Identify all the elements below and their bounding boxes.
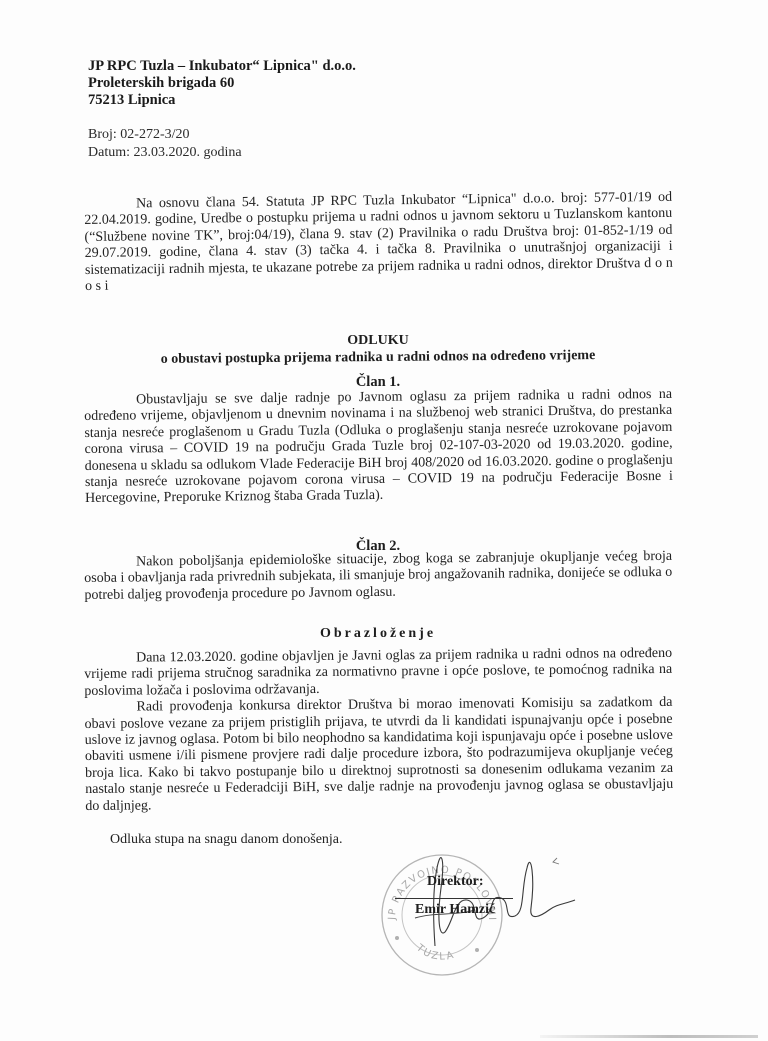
reference-number: Broj: 02-272-3/20	[88, 126, 242, 144]
signatory-name: Emir Hamzić	[415, 902, 495, 918]
reference-date: Datum: 23.03.2020. godina	[88, 144, 242, 162]
decision-subtitle: o obustavi postupka prijema radnika u ra…	[84, 347, 672, 368]
document-reference: Broj: 02-272-3/20 Datum: 23.03.2020. god…	[88, 126, 242, 162]
handwritten-signature-icon	[375, 828, 585, 958]
explanation-paragraph-1: Dana 12.03.2020. godine objavljen je Jav…	[84, 646, 672, 700]
scan-shadow-edge	[540, 1035, 758, 1038]
explanation-paragraph-2: Radi provođenja konkursa direktor Društv…	[84, 695, 673, 815]
organization-city: 75213 Lipnica	[88, 92, 356, 109]
article-2-body: Nakon poboljšanja epidemiološke situacij…	[84, 549, 672, 604]
explanation-heading: Obrazloženje	[84, 626, 672, 642]
intro-text: Na osnovu člana 54. Statuta JP RPC Tuzla…	[84, 190, 673, 296]
decision-title: ODLUKU	[84, 333, 672, 349]
letterhead: JP RPC Tuzla – Inkubator“ Lipnica" d.o.o…	[88, 58, 356, 109]
document-page: JP RPC Tuzla – Inkubator“ Lipnica" d.o.o…	[0, 0, 768, 1041]
organization-street: Proleterskih brigada 60	[88, 75, 356, 92]
signature-block: JP RAZVOJNO POSLOVNI CENTAR TUZLA Direkt…	[355, 850, 575, 980]
article-1-body: Obustavljaju se sve dalje radnje po Javn…	[84, 387, 673, 508]
explanation-body: Dana 12.03.2020. godine objavljen je Jav…	[84, 646, 673, 815]
legal-basis-paragraph: Na osnovu člana 54. Statuta JP RPC Tuzla…	[84, 190, 673, 296]
signature-line	[395, 898, 513, 899]
organization-name: JP RPC Tuzla – Inkubator“ Lipnica" d.o.o…	[88, 58, 356, 75]
article-1-text: Obustavljaju se sve dalje radnje po Javn…	[84, 387, 673, 508]
closing-statement: Odluka stupa na snagu danom donošenja.	[110, 832, 343, 848]
signatory-role: Direktor:	[427, 874, 484, 890]
article-2-text: Nakon poboljšanja epidemiološke situacij…	[84, 549, 672, 604]
